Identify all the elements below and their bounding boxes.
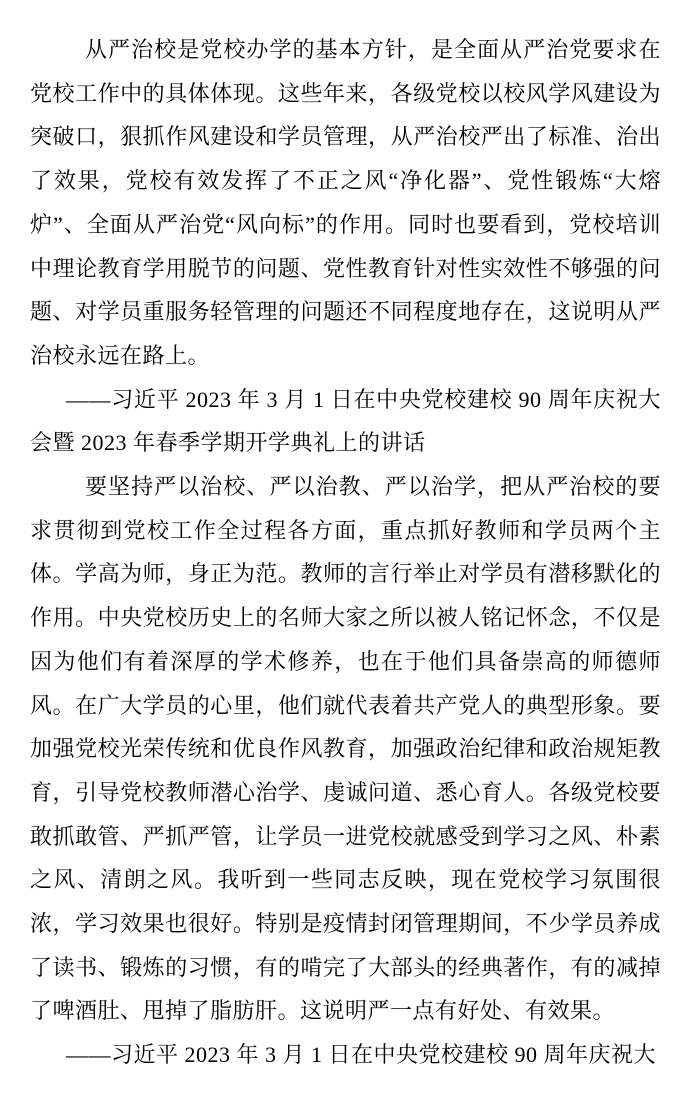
document-page: 从严治校是党校办学的基本方针，是全面从严治党要求在党校工作中的具体体现。这些年来… [0,0,691,1096]
citation-paragraph-2: ——习近平 2023 年 3 月 1 日在中央党校建校 90 周年庆祝大 [30,1033,661,1077]
citation-paragraph-1: ——习近平 2023 年 3 月 1 日在中央党校建校 90 周年庆祝大会暨 2… [30,378,661,465]
body-paragraph-1: 从严治校是党校办学的基本方针，是全面从严治党要求在党校工作中的具体体现。这些年来… [30,28,661,378]
body-paragraph-2: 要坚持严以治校、严以治教、严以治学，把从严治校的要求贯彻到党校工作全过程各方面，… [30,465,661,1033]
